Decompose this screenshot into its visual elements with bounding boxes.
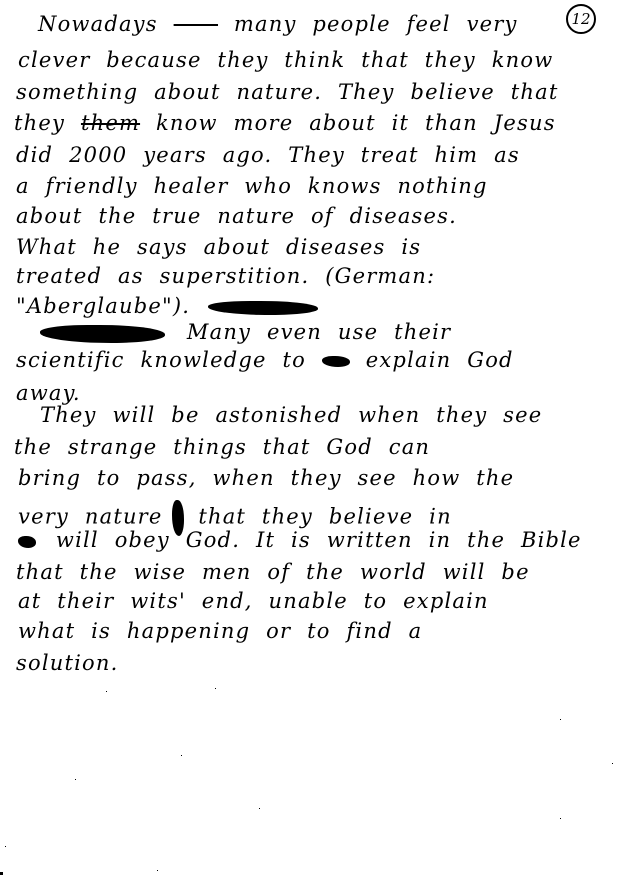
text-line: that the wise men of the world will be: [16, 562, 530, 583]
text-line: What he says about diseases is: [16, 237, 421, 258]
text-line: did 2000 years ago. They treat him as: [16, 145, 520, 166]
line-text: they: [14, 111, 65, 135]
page-number-circle: 12: [566, 4, 596, 34]
scan-speck: [612, 763, 613, 764]
line-text: many people feel very: [234, 12, 518, 36]
text-line: the strange things that God can: [14, 437, 430, 458]
scribbled-out-word: [322, 356, 350, 367]
text-line: They will be astonished when they see: [40, 405, 542, 426]
text-line: will obey God. It is written in the Bibl…: [18, 530, 582, 551]
crossed-out-text: ——: [174, 12, 218, 36]
scan-speck: [106, 691, 107, 692]
text-line: what is happening or to find a: [18, 621, 422, 642]
line-text: very nature: [18, 505, 163, 529]
scan-speck: [181, 755, 182, 756]
line-text: bring to pass, when they see how the: [18, 466, 514, 490]
scan-speck: [75, 779, 76, 780]
text-line: "Aberglaube").: [16, 296, 318, 317]
text-line: at their wits' end, unable to explain: [18, 591, 489, 612]
text-line: they them know more about it than Jesus: [14, 113, 556, 134]
text-line: a friendly healer who knows nothing: [16, 176, 488, 197]
line-text: know more about it than Jesus: [156, 111, 556, 135]
line-text: a friendly healer who knows nothing: [16, 174, 488, 198]
line-text: clever because they think that they know: [18, 48, 553, 72]
line-text: what is happening or to find a: [18, 619, 422, 643]
line-text: scientific knowledge to: [16, 348, 306, 372]
text-line: bring to pass, when they see how the: [18, 468, 514, 489]
scan-speck: [5, 846, 6, 847]
text-line: something about nature. They believe tha…: [16, 82, 558, 103]
text-line: Nowadays —— many people feel very: [38, 14, 518, 35]
text-line: clever because they think that they know: [18, 50, 553, 71]
line-text: away.: [16, 381, 81, 405]
handwritten-page: 12 Nowadays —— many people feel very cle…: [0, 0, 638, 877]
scribbled-out-word: [208, 301, 318, 315]
line-text: that they believe in: [198, 505, 451, 529]
text-line: solution.: [16, 653, 118, 674]
page-number: 12: [571, 10, 590, 28]
crossed-out-text: them: [81, 111, 140, 135]
ink-blot: [18, 536, 36, 548]
text-line: scientific knowledge to explain God: [16, 350, 514, 371]
line-text: treated as superstition. (German:: [16, 264, 435, 288]
line-text: They will be astonished when they see: [40, 403, 542, 427]
line-text: will obey God. It is written in the Bibl…: [56, 528, 582, 552]
scan-speck: [560, 818, 561, 819]
scan-speck: [157, 870, 158, 871]
line-text: "Aberglaube").: [16, 294, 190, 318]
text-line: Many even use their: [40, 322, 451, 343]
line-text: explain God: [366, 348, 514, 372]
text-line: away.: [16, 383, 81, 404]
line-text: the strange things that God can: [14, 435, 430, 459]
text-line: treated as superstition. (German:: [16, 266, 435, 287]
line-text: What he says about diseases is: [16, 235, 421, 259]
scan-speck: [259, 808, 260, 809]
scan-speck: [0, 872, 3, 875]
line-text: at their wits' end, unable to explain: [18, 589, 489, 613]
line-text: that the wise men of the world will be: [16, 560, 530, 584]
scan-speck: [560, 719, 561, 720]
scan-speck: [215, 688, 216, 689]
text-line: about the true nature of diseases.: [16, 206, 457, 227]
line-text: something about nature. They believe tha…: [16, 80, 558, 104]
line-text: Many even use their: [187, 320, 451, 344]
line-text: Nowadays: [38, 12, 158, 36]
line-text: about the true nature of diseases.: [16, 204, 457, 228]
scribbled-out-word: [40, 325, 165, 343]
line-text: did 2000 years ago. They treat him as: [16, 143, 520, 167]
line-text: solution.: [16, 651, 118, 675]
